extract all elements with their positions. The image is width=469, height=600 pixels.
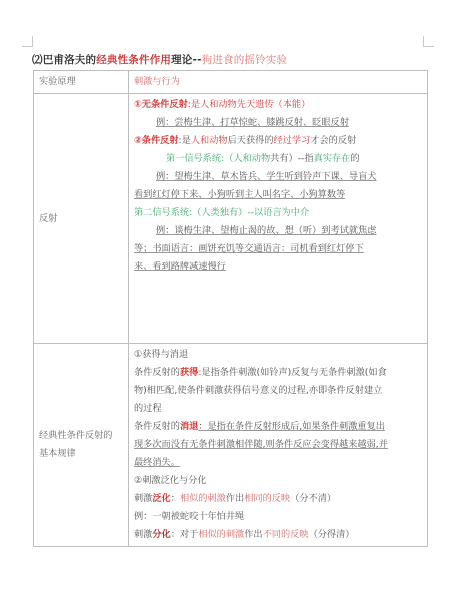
content-table: 实验原理 刺激与行为 反射 ①无条件反射:是人和动物先天遗传（本能） 例：尝梅生… bbox=[33, 70, 428, 547]
first-signal-example-2: 看到红灯停下来、小狗听到主人叫名字、小狗算数等 bbox=[134, 186, 422, 204]
laws-label-line2: 基本规律 bbox=[39, 445, 123, 463]
first-signal-example-1: 例：望梅生津、草木皆兵、学生听到铃声下课、导盲犬 bbox=[134, 168, 422, 186]
term-acquisition: 获得 bbox=[180, 367, 198, 378]
num-marker: ① bbox=[134, 99, 142, 110]
unconditioned-example: 例：尝梅生津、打草惊蛇、膝跳反射、眨眼反射 bbox=[134, 114, 422, 132]
cell-laws-content: ①获得与消退 条件反射的获得:是指条件刺激(如铃声)反复与无条件刺激(如食 物)… bbox=[129, 344, 428, 547]
extinction-line1: 条件反射的消退：是指在条件反射形成后,如果条件刺激重复出 bbox=[134, 418, 422, 436]
unconditioned-reflex-line: ①无条件反射:是人和动物先天遗传（本能） bbox=[134, 96, 422, 114]
term-extinction: 消退 bbox=[180, 421, 198, 432]
table-row-laws: 经典性条件反射的 基本规律 ①获得与消退 条件反射的获得:是指条件刺激(如铃声)… bbox=[34, 344, 428, 547]
text-part: 条件反射的 bbox=[134, 421, 180, 432]
text-part: ： bbox=[171, 493, 180, 504]
text-part: 条件反射的 bbox=[134, 367, 180, 378]
second-signal-example-3: 来、看到路牌减速慢行 bbox=[134, 258, 422, 276]
text-part: （分不清） bbox=[290, 493, 336, 504]
extinction-line2: 现多次而没有无条件刺激相伴随,则条件反应会变得越来越弱,并 bbox=[134, 436, 422, 454]
term-generalization: 泛化 bbox=[152, 493, 170, 504]
discrimination-line: 刺激分化：对于相似的刺激作出不同的反映（分得清） bbox=[134, 526, 422, 544]
generalization-line: 刺激泛化：相似的刺激作出相同的反映（分不清） bbox=[134, 490, 422, 508]
cell-principle-label: 实验原理 bbox=[34, 71, 129, 94]
term-conditioned-reflex: 条件反射 bbox=[142, 135, 179, 146]
conditioned-reflex-line: ②条件反射:是人和动物后天获得的经过学习才会的反射 bbox=[134, 132, 422, 150]
section1-title: ①获得与消退 bbox=[134, 346, 422, 364]
text-part: 是 bbox=[182, 135, 191, 146]
heading-highlight: 经典性条件作用 bbox=[96, 54, 171, 66]
text-part: 的 bbox=[350, 153, 359, 164]
cell-principle-value: 刺激与行为 bbox=[129, 71, 428, 94]
acquisition-line3: 的过程 bbox=[134, 400, 422, 418]
text-part: 后天获得的 bbox=[228, 135, 274, 146]
num-marker: ② bbox=[134, 135, 142, 146]
text-part: 作出 bbox=[226, 493, 244, 504]
term-discrimination: 分化 bbox=[152, 529, 170, 540]
text-part: 作出 bbox=[244, 529, 262, 540]
second-signal-example-1: 例：谈梅生津、望梅止渴的故、想（听）到考试就焦虑 bbox=[134, 222, 422, 240]
acquisition-line1: 条件反射的获得:是指条件刺激(如铃声)反复与无条件刺激(如食 bbox=[134, 364, 422, 382]
cell-reflex-content: ①无条件反射:是人和动物先天遗传（本能） 例：尝梅生津、打草惊蛇、膝跳反射、眨眼… bbox=[129, 94, 428, 344]
first-signal-label: 第一信号系统:（ bbox=[166, 153, 233, 164]
text-part: 刺激 bbox=[134, 493, 152, 504]
cell-reflex-label: 反射 bbox=[34, 94, 129, 344]
text-part: 真实存在 bbox=[314, 153, 351, 164]
page-corner-mark-top-right bbox=[423, 36, 434, 47]
text-part: 刺激 bbox=[134, 529, 152, 540]
text-part: 共有）--指 bbox=[270, 153, 313, 164]
text-part: 人和动物 bbox=[191, 135, 228, 146]
generalization-example: 例：一朝被蛇咬十年怕井绳 bbox=[134, 508, 422, 526]
text-part: 人和动物 bbox=[233, 153, 270, 164]
text-part: ：对于 bbox=[171, 529, 199, 540]
section2-title: ②刺激泛化与分化 bbox=[134, 472, 422, 490]
second-signal-system-line: 第二信号系统:（人类独有）--以语言为中介 bbox=[134, 204, 422, 222]
text-part: 相同的反映 bbox=[244, 493, 290, 504]
page-corner-mark-top-left bbox=[22, 36, 33, 47]
term-unconditioned-reflex: 无条件反射 bbox=[142, 99, 188, 110]
heading-suffix: 狗进食的摇铃实验 bbox=[202, 54, 288, 66]
heading-prefix: ⑵巴甫洛夫的 bbox=[32, 54, 96, 66]
extinction-line3: 最终消失。 bbox=[134, 454, 422, 472]
first-signal-system-line: 第一信号系统:（人和动物共有）--指真实存在的 bbox=[134, 150, 422, 168]
text-part: :是指条件刺激(如铃声)反复与无条件刺激(如食 bbox=[198, 367, 386, 378]
second-signal-example-2: 等；书面语言：画饼充饥等交通语言：司机看到红灯停下 bbox=[134, 240, 422, 258]
text-part: 经过学习 bbox=[274, 135, 311, 146]
text-part: 相似的刺激 bbox=[180, 493, 226, 504]
laws-label-line1: 经典性条件反射的 bbox=[39, 427, 123, 445]
text-part: 相似的刺激 bbox=[198, 529, 244, 540]
heading-middle: 理论-- bbox=[171, 54, 202, 66]
text-part: ：是指在条件反射形成后,如果条件刺激重复出 bbox=[198, 421, 385, 432]
unconditioned-definition: 是人和动物先天遗传（本能） bbox=[191, 99, 310, 110]
cell-laws-label: 经典性条件反射的 基本规律 bbox=[34, 344, 129, 547]
text-part: 不同的反映 bbox=[263, 529, 309, 540]
section-heading: ⑵巴甫洛夫的经典性条件作用理论--狗进食的摇铃实验 bbox=[32, 52, 287, 67]
acquisition-line2: 物)相匹配,使条件刺激获得信号意义的过程,亦即条件反射建立 bbox=[134, 382, 422, 400]
table-row-reflex: 反射 ①无条件反射:是人和动物先天遗传（本能） 例：尝梅生津、打草惊蛇、膝跳反射… bbox=[34, 94, 428, 344]
table-row-principle: 实验原理 刺激与行为 bbox=[34, 71, 428, 94]
text-part: 才会的反射 bbox=[310, 135, 356, 146]
text-part: （分得清） bbox=[309, 529, 355, 540]
